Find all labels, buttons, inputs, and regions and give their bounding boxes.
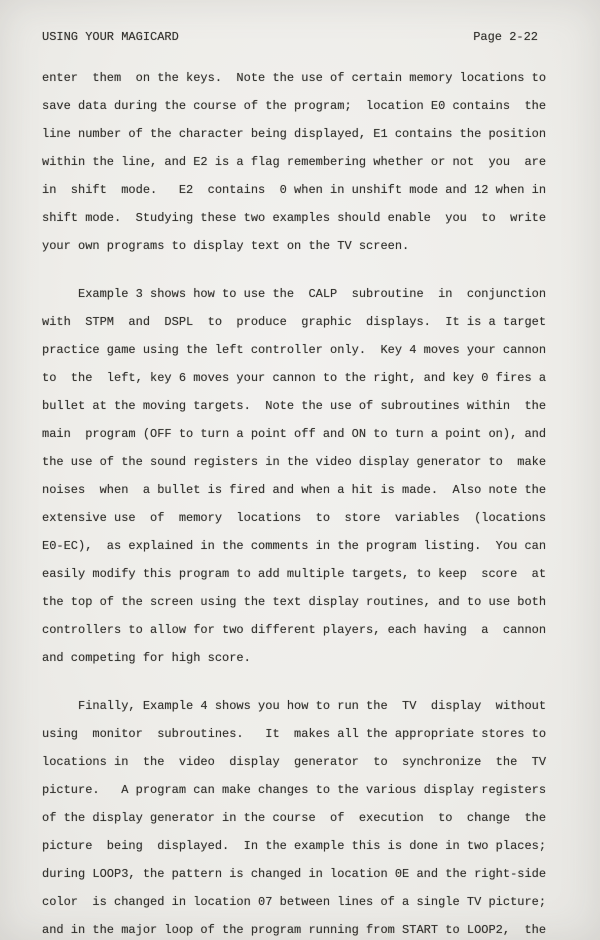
text-line: using monitor subroutines. It makes all … — [42, 720, 562, 748]
paragraph: enter them on the keys. Note the use of … — [42, 64, 562, 260]
text-line: to the left, key 6 moves your cannon to … — [42, 364, 562, 392]
text-line: practice game using the left controller … — [42, 336, 562, 364]
paragraph: Finally, Example 4 shows you how to run … — [42, 692, 562, 940]
text-line: during LOOP3, the pattern is changed in … — [42, 860, 562, 888]
text-line: locations in the video display generator… — [42, 748, 562, 776]
text-line: in shift mode. E2 contains 0 when in uns… — [42, 176, 562, 204]
text-line: E0-EC), as explained in the comments in … — [42, 532, 562, 560]
text-line: your own programs to display text on the… — [42, 232, 562, 260]
page-header: USING YOUR MAGICARD Page 2-22 — [42, 30, 538, 44]
text-line: save data during the course of the progr… — [42, 92, 562, 120]
text-line: with STPM and DSPL to produce graphic di… — [42, 308, 562, 336]
text-line: shift mode. Studying these two examples … — [42, 204, 562, 232]
text-line: Example 3 shows how to use the CALP subr… — [42, 280, 562, 308]
text-line: the top of the screen using the text dis… — [42, 588, 562, 616]
text-line: easily modify this program to add multip… — [42, 560, 562, 588]
text-line: main program (OFF to turn a point off an… — [42, 420, 562, 448]
text-line: line number of the character being displ… — [42, 120, 562, 148]
text-line: the use of the sound registers in the vi… — [42, 448, 562, 476]
text-line: bullet at the moving targets. Note the u… — [42, 392, 562, 420]
text-line: within the line, and E2 is a flag rememb… — [42, 148, 562, 176]
document-title: USING YOUR MAGICARD — [42, 30, 179, 44]
paragraph: Example 3 shows how to use the CALP subr… — [42, 280, 562, 672]
text-line: and competing for high score. — [42, 644, 562, 672]
text-line: noises when a bullet is fired and when a… — [42, 476, 562, 504]
text-line: enter them on the keys. Note the use of … — [42, 64, 562, 92]
text-line: controllers to allow for two different p… — [42, 616, 562, 644]
text-line: and in the major loop of the program run… — [42, 916, 562, 940]
text-line: of the display generator in the course o… — [42, 804, 562, 832]
text-line: Finally, Example 4 shows you how to run … — [42, 692, 562, 720]
document-page: USING YOUR MAGICARD Page 2-22 enter them… — [0, 0, 600, 940]
text-line: picture. A program can make changes to t… — [42, 776, 562, 804]
document-body: enter them on the keys. Note the use of … — [42, 64, 562, 940]
text-line: extensive use of memory locations to sto… — [42, 504, 562, 532]
text-line: color is changed in location 07 between … — [42, 888, 562, 916]
page-number: Page 2-22 — [473, 30, 538, 44]
text-line: picture being displayed. In the example … — [42, 832, 562, 860]
